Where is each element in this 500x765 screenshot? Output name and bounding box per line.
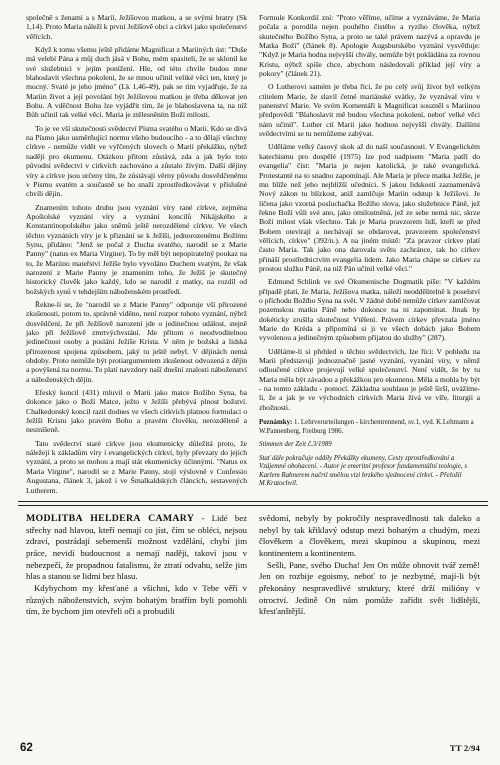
footnotes-block: Poznámky: 1. Lehrverurteilungen - kirche… [259,419,480,489]
article-right-column: Formule Konkordií zní: "Proto věříme, uč… [259,13,480,499]
editorial-note: Stať dále pokračuje oddíly Překážky ekum… [259,455,480,489]
paragraph: společně s ženami a s Marií, Ježíšovou m… [26,13,247,41]
footnotes-label: Poznámky: [259,419,292,426]
paragraph: O Lutherovi samém je třeba říci, že po c… [259,82,480,138]
paragraph: Edmund Schlink ve své Ökumenische Dogmat… [259,277,480,342]
prayer-section: MODLITBA HELDERA CAMARY - Lidé bez střec… [26,513,480,618]
prayer-right-column: svědomí, nebyly by pokročily nespravedln… [259,513,480,618]
journal-page: společně s ženami a s Marií, Ježíšovou m… [0,0,500,765]
prayer-paragraph: Kdybychom my křesťané a všichni, kdo v T… [26,583,247,618]
paragraph: Znamením tohoto druhu jsou vyznání víry … [26,203,247,296]
prayer-left-column: MODLITBA HELDERA CAMARY - Lidé bez střec… [26,513,247,618]
prayer-title: MODLITBA HELDERA CAMARY [26,513,194,524]
article-left-column: společně s ženami a s Marií, Ježíšovou m… [26,13,247,499]
prayer-opening-paragraph: MODLITBA HELDERA CAMARY - Lidé bez střec… [26,513,247,583]
paragraph: Efeský koncil (431) mluvil o Marii jako … [26,388,247,435]
paragraph: Uděláme-li si přehled o těchto svědectví… [259,347,480,412]
paragraph: Formule Konkordií zní: "Proto věříme, uč… [259,13,480,78]
paragraph: Řekne-li se, že "narodil se z Marie Pann… [26,300,247,384]
issue-label: TT 2/94 [450,743,480,753]
page-number: 62 [20,742,33,754]
footnote-text: 1. Lehrverurteilungen - kirchentrennend,… [259,419,474,435]
article-body: společně s ženami a s Marií, Ježíšovou m… [26,13,480,499]
page-footer: 62 TT 2/94 [26,742,480,757]
footnote: Poznámky: 1. Lehrverurteilungen - kirche… [259,419,480,436]
paragraph: Tato svědectví staré církve jsou ekumeni… [26,439,247,495]
prayer-paragraph-continuation: svědomí, nebyly by pokročily nespravedln… [259,513,480,560]
paragraph: Když k tomu všemu ještě přidáme Magnific… [26,45,247,120]
paragraph: To je ve vší skutečnosti svědectví Písma… [26,124,247,199]
section-divider-rule [18,501,488,506]
paragraph: Uděláme velký časový skok až do naší sou… [259,142,480,273]
prayer-paragraph: Sešli, Pane, svého Ducha! Jen On může ob… [259,560,480,619]
source-citation: Stimmen der Zeit č.3/1989 [259,441,480,450]
